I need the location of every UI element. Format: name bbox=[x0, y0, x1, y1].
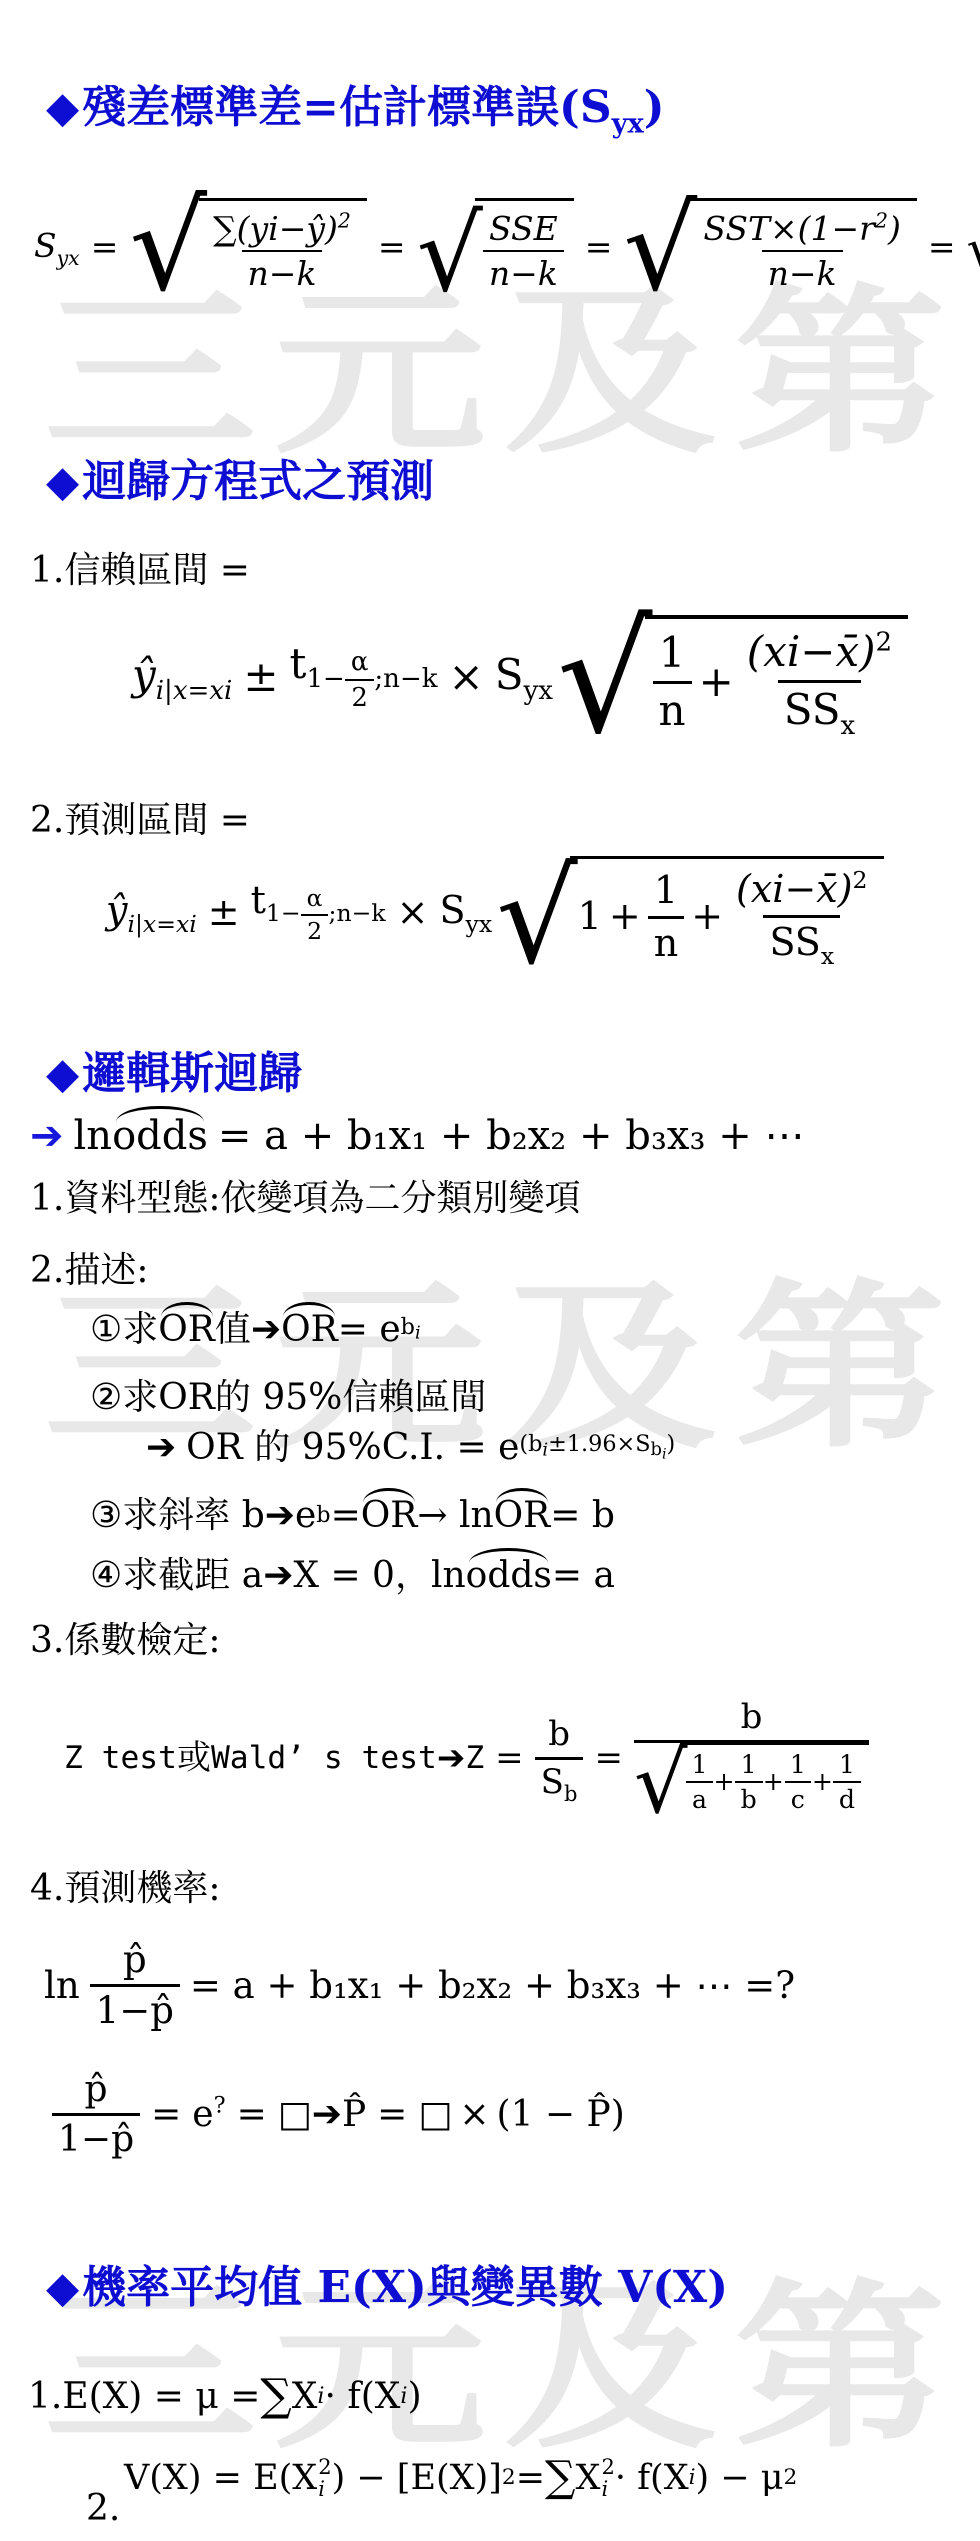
numerator: (xi−x̄)2 bbox=[741, 625, 898, 680]
heading-text: 機率平均值 E(X)與變異數 V(X) bbox=[82, 2262, 728, 2313]
section-heading-expectation-variance: ◆機率平均值 E(X)與變異數 V(X) bbox=[46, 2260, 728, 2316]
denominator: 2 bbox=[345, 679, 374, 716]
math-term-hat: OR bbox=[158, 1308, 215, 1351]
fraction: b√1a+1b+1c+1d bbox=[634, 1695, 869, 1822]
plus-sign: + bbox=[763, 1766, 784, 1797]
math-term: ;n−k bbox=[329, 899, 386, 927]
times-sign: × bbox=[397, 890, 429, 936]
arrow-right-icon: ➔ bbox=[30, 1112, 64, 1160]
denominator: 2 bbox=[301, 914, 328, 947]
math-symbol: t1−α2;n−k bbox=[290, 639, 438, 716]
fraction: 1b bbox=[735, 1748, 763, 1817]
formula-variance: V(X) = E(X2i) − [E(X)]2 = ∑X2i · f(Xi) −… bbox=[124, 2452, 797, 2503]
circled-one-icon: ① bbox=[90, 1308, 122, 1351]
denominator: 1−p̂ bbox=[52, 2113, 140, 2163]
list-item-intercept: ④求截距 a➔X = 0，lnodds = a bbox=[90, 1554, 615, 1597]
formula-confidence-interval: ŷi|x=xi ± t1−α2;n−k × Syx √1n+(xi−x̄)2SS… bbox=[132, 615, 908, 739]
math-superscript: 2 bbox=[502, 2467, 516, 2489]
list-number-label: 2. bbox=[86, 2486, 120, 2531]
math-term: ±1.96×S bbox=[548, 1431, 650, 1457]
math-term: t bbox=[251, 878, 266, 922]
math-term: ) bbox=[667, 1431, 676, 1457]
blank-box-icon: □ bbox=[418, 2093, 452, 2136]
circled-two-icon: ② bbox=[90, 1376, 122, 1419]
list-item-coefficient-test: 3.係數檢定: bbox=[30, 1618, 220, 1663]
fraction: ∑(yi−ŷ)2n−k bbox=[207, 207, 357, 296]
sqrt-expression: √1a+1b+1c+1d bbox=[634, 1743, 869, 1817]
math-symbol: e? bbox=[192, 2093, 225, 2136]
math-term: ∑(yi−ŷ) bbox=[213, 209, 338, 248]
math-subscript: yx bbox=[57, 245, 80, 269]
math-term: Z test bbox=[64, 1740, 177, 1778]
math-term: (xi−x̄) bbox=[736, 867, 853, 911]
denominator: d bbox=[833, 1781, 861, 1816]
numerator: p̂ bbox=[117, 1936, 153, 1984]
plus-minus-sign: ± bbox=[208, 890, 240, 936]
plus-sign: + bbox=[812, 1766, 833, 1797]
equals-sign: = bbox=[91, 227, 119, 267]
denominator: n−k bbox=[483, 250, 564, 295]
math-term: e bbox=[192, 2094, 213, 2135]
arrow-right-icon: ➔ bbox=[265, 1494, 295, 1537]
math-term: ) bbox=[408, 2375, 422, 2418]
list-item-description: 2.描述: bbox=[30, 1248, 148, 1293]
math-term: P̂ bbox=[342, 2093, 366, 2136]
denominator: c bbox=[785, 1781, 811, 1816]
diamond-bullet-icon: ◆ bbox=[46, 2263, 79, 2313]
list-item-data-type: 1.資料型態:依變項為二分類別變項 bbox=[30, 1176, 580, 1221]
math-subscript: i|x=xi bbox=[156, 676, 233, 706]
equals-sign: = bbox=[495, 1738, 524, 1779]
math-term-hat: odds bbox=[466, 1554, 552, 1597]
arrow-right-icon: ➔ bbox=[263, 1554, 293, 1597]
fraction: SSEn−k bbox=[483, 207, 564, 296]
numerator: 1 bbox=[648, 866, 684, 916]
equals-sign: = bbox=[151, 2093, 181, 2136]
math-term: t bbox=[290, 639, 307, 688]
plus-sign: + bbox=[691, 894, 723, 940]
fraction: 1a bbox=[686, 1748, 714, 1817]
math-subscript: i bbox=[689, 2467, 696, 2489]
list-item-slope: ③求斜率 b➔eb = OR → lnOR = b bbox=[90, 1494, 615, 1537]
fraction: (xi−x̄)2SSx bbox=[730, 865, 874, 969]
denominator: SSx bbox=[778, 680, 862, 740]
math-term: ln bbox=[74, 1112, 113, 1160]
equals-sign: = bbox=[237, 2093, 267, 2136]
math-term: (xi−x̄) bbox=[747, 627, 876, 676]
document-page: 三元及第 三元及第 三元及第 ◆殘差標準差=估計標準誤(Syx) Syx = √… bbox=[0, 0, 980, 2541]
numerator: 1 bbox=[653, 626, 692, 681]
math-superscript: 2 bbox=[784, 2467, 798, 2489]
sqrt-expression: √1n+(xi−x̄)2SSx bbox=[557, 615, 908, 739]
math-term: 1.E(X) = μ = bbox=[28, 2375, 260, 2418]
formula-logodds-model: ➔ lnodds = a + b₁x₁ + b₂x₂ + b₃x₃ + ⋯ bbox=[30, 1112, 804, 1160]
fraction: SST×(1−r2)n−k bbox=[697, 207, 906, 296]
numerator: p̂ bbox=[79, 2066, 114, 2113]
math-superscript: bi bbox=[401, 1316, 421, 1342]
radical-icon: √ bbox=[129, 198, 207, 296]
numerator: SSE bbox=[483, 207, 564, 250]
heading-text: ) bbox=[644, 82, 665, 133]
math-subscript: bi bbox=[651, 1439, 667, 1460]
denominator: b bbox=[735, 1781, 763, 1816]
math-symbol: ŷi|x=xi bbox=[132, 650, 232, 704]
math-subscript: i|x=xi bbox=[127, 910, 196, 938]
fraction: 1d bbox=[833, 1748, 861, 1817]
math-subscript: x bbox=[821, 941, 834, 969]
math-term: SS bbox=[769, 920, 820, 964]
sqrt-expression: √MSE bbox=[966, 224, 980, 270]
denominator: a bbox=[686, 1781, 713, 1816]
math-term-hat: OR bbox=[281, 1308, 338, 1351]
formula-or-ci: ➔OR 的 95%C.I. = e(bi±1.96×Sbi) bbox=[146, 1426, 675, 1469]
math-term: ŷ bbox=[106, 888, 127, 932]
math-superscript: 2 bbox=[318, 2456, 331, 2478]
math-term: → ln bbox=[417, 1494, 493, 1537]
heading-text: 邏輯斯迴歸 bbox=[82, 1048, 302, 1099]
formula-syx: Syx = √∑(yi−ŷ)2n−k = √SSEn−k = √SST×(1−r… bbox=[34, 198, 980, 296]
math-superscript: 2 bbox=[853, 866, 868, 894]
math-term: b bbox=[401, 1314, 415, 1340]
math-term: 1− bbox=[266, 899, 301, 927]
circled-three-icon: ③ bbox=[90, 1494, 122, 1537]
summation-icon: ∑ bbox=[260, 2370, 291, 2423]
equals-sign: = bbox=[594, 1738, 623, 1779]
math-subscript: i bbox=[400, 2385, 407, 2407]
math-symbol: t1−α2;n−k bbox=[251, 878, 386, 948]
denominator: 1−p̂ bbox=[90, 1984, 180, 2035]
math-term: = e bbox=[338, 1308, 401, 1351]
numerator: ∑(yi−ŷ)2 bbox=[207, 207, 357, 250]
math-term: 1− bbox=[306, 664, 344, 694]
numerator: (xi−x̄)2 bbox=[730, 865, 874, 915]
item-text: 值 bbox=[215, 1308, 251, 1351]
plus-sign: + bbox=[609, 894, 641, 940]
math-term-hat: OR bbox=[361, 1494, 418, 1537]
math-expression: = a + b₁x₁ + b₂x₂ + b₃x₃ + ⋯ =? bbox=[190, 1964, 795, 2008]
blank-box-icon: □ bbox=[278, 2093, 312, 2136]
times-sign: × bbox=[459, 2093, 489, 2136]
radical-icon: √ bbox=[496, 856, 578, 969]
math-symbol: Syx bbox=[495, 650, 553, 704]
equals-sign: = bbox=[378, 227, 406, 267]
sub-sup-stack: 2i bbox=[318, 2456, 331, 2500]
numerator: SST×(1−r2) bbox=[697, 207, 906, 250]
list-item-or-value: ①求OR值➔OR = ebi bbox=[90, 1308, 421, 1351]
arrow-right-icon: ➔ bbox=[437, 1738, 466, 1779]
formula-z-test: Z test 或 Wald’ s test ➔ Z = bSb = b√1a+1… bbox=[64, 1695, 869, 1822]
math-term: S bbox=[439, 888, 465, 932]
item-text: 或 bbox=[177, 1738, 211, 1779]
math-term-hat: odds bbox=[112, 1112, 208, 1160]
math-term: · f(X bbox=[615, 2457, 689, 2499]
math-subscript: i bbox=[317, 2385, 324, 2407]
heading-text: 迴歸方程式之預測 bbox=[82, 456, 434, 507]
math-subscript: i bbox=[318, 2478, 325, 2500]
math-subscript: 1−α2;n−k bbox=[306, 664, 437, 694]
numerator: α bbox=[345, 645, 375, 680]
plus-sign: + bbox=[699, 657, 734, 707]
formula-ln-odds-prediction: ln p̂1−p̂ = a + b₁x₁ + b₂x₂ + b₃x₃ + ⋯ =… bbox=[44, 1936, 795, 2036]
math-subscript: x bbox=[841, 710, 856, 740]
math-superscript: (bi±1.96×Sbi) bbox=[519, 1433, 675, 1462]
math-superscript: ? bbox=[214, 2093, 226, 2119]
diamond-bullet-icon: ◆ bbox=[46, 83, 79, 133]
denominator: n bbox=[653, 681, 692, 739]
plus-sign: + bbox=[714, 1766, 735, 1797]
radical-icon: √ bbox=[417, 198, 483, 296]
numerator: b bbox=[735, 1695, 769, 1740]
math-term: V(X) = E(X bbox=[124, 2457, 317, 2499]
heading-text: 殘差標準差=估計標準誤(S bbox=[82, 82, 611, 133]
formula-expected-value: 1.E(X) = μ = ∑Xi · f(Xi) bbox=[28, 2370, 422, 2423]
fraction: 1n bbox=[653, 626, 692, 738]
list-item-prediction-interval: 2.預測區間 = bbox=[30, 798, 250, 843]
math-symbol: Syx bbox=[34, 226, 80, 268]
equals-sign: = bbox=[377, 2093, 407, 2136]
radical-icon: √ bbox=[557, 615, 653, 739]
list-item-predicted-probability: 4.預測機率: bbox=[30, 1866, 220, 1911]
fraction: α2 bbox=[301, 883, 329, 948]
denominator: n−k bbox=[762, 250, 843, 295]
diamond-bullet-icon: ◆ bbox=[46, 1049, 79, 1099]
fraction: α2 bbox=[345, 645, 375, 716]
math-term: X = 0，ln bbox=[293, 1554, 465, 1597]
numerator: b bbox=[542, 1712, 576, 1757]
fraction: bSb bbox=[535, 1712, 584, 1805]
math-subscript: b bbox=[564, 1781, 578, 1806]
math-subscript: i bbox=[601, 2478, 608, 2500]
math-term: ln bbox=[44, 1964, 80, 2008]
math-superscript: b bbox=[316, 1504, 330, 1526]
radical-icon: √ bbox=[966, 224, 980, 270]
item-text: 求 bbox=[122, 1308, 158, 1351]
numerator: 1 bbox=[784, 1748, 812, 1781]
fraction: p̂1−p̂ bbox=[52, 2066, 140, 2163]
plus-minus-sign: ± bbox=[243, 652, 278, 702]
numerator: 1 bbox=[833, 1748, 861, 1781]
radical-icon: √ bbox=[623, 198, 697, 296]
denominator: Sb bbox=[535, 1757, 584, 1805]
math-term: = b bbox=[550, 1494, 615, 1537]
math-term: · f(X bbox=[325, 2375, 401, 2418]
equals-sign: = bbox=[928, 227, 956, 267]
arrow-right-icon: ➔ bbox=[146, 1426, 176, 1469]
numerator: 1 bbox=[686, 1748, 714, 1781]
math-term: ;n−k bbox=[374, 664, 437, 694]
math-term: Z bbox=[465, 1740, 484, 1778]
math-subscript: yx bbox=[466, 910, 493, 938]
fraction: p̂1−p̂ bbox=[90, 1936, 180, 2036]
denominator: √1a+1b+1c+1d bbox=[634, 1740, 869, 1823]
sqrt-expression: √∑(yi−ŷ)2n−k bbox=[129, 198, 367, 296]
summation-icon: ∑ bbox=[545, 2452, 575, 2503]
math-term: ŷ bbox=[132, 650, 156, 699]
item-text: 求OR的 95%信賴區間 bbox=[122, 1376, 486, 1419]
denominator: n−k bbox=[242, 250, 323, 295]
math-symbol: Syx bbox=[439, 888, 492, 937]
section-heading-regression-prediction: ◆迴歸方程式之預測 bbox=[46, 454, 434, 510]
denominator: SSx bbox=[763, 915, 840, 970]
math-term: = bbox=[331, 1494, 361, 1537]
equals-sign: = bbox=[585, 227, 613, 267]
math-term: S bbox=[34, 226, 57, 265]
math-expression: (1 − P̂) bbox=[497, 2093, 625, 2136]
math-symbol: ŷi|x=xi bbox=[106, 888, 197, 937]
section-heading-logistic-regression: ◆邏輯斯迴歸 bbox=[46, 1046, 302, 1102]
formula-probability-solve: p̂1−p̂ = e? = □ ➔ P̂ = □ × (1 − P̂) bbox=[52, 2066, 625, 2163]
math-term: S bbox=[495, 650, 524, 699]
math-term-hat: OR bbox=[494, 1494, 551, 1537]
math-superscript: 2 bbox=[875, 209, 888, 233]
diamond-bullet-icon: ◆ bbox=[46, 457, 79, 507]
math-term: ) bbox=[888, 209, 901, 248]
math-term: b bbox=[651, 1439, 662, 1460]
math-term: 1 bbox=[578, 894, 602, 940]
sqrt-expression: √SST×(1−r2)n−k bbox=[623, 198, 916, 296]
math-term: X bbox=[576, 2457, 601, 2499]
math-superscript: 2 bbox=[876, 627, 893, 657]
math-term: SST×(1−r bbox=[703, 209, 875, 248]
item-text: 求斜率 b bbox=[122, 1494, 265, 1537]
list-item-or-ci: ②求OR的 95%信賴區間 bbox=[90, 1376, 486, 1419]
math-term: S bbox=[541, 1762, 564, 1802]
heading-subscript: yx bbox=[612, 107, 644, 139]
math-term: ) − μ bbox=[696, 2457, 784, 2499]
math-term: OR 的 95%C.I. = e bbox=[186, 1426, 519, 1469]
math-subscript: 1−α2;n−k bbox=[266, 899, 386, 927]
math-term: SS bbox=[784, 685, 841, 734]
math-term: ) − [E(X)] bbox=[332, 2457, 502, 2499]
fraction: 1n bbox=[648, 866, 684, 968]
formula-prediction-interval: ŷi|x=xi ± t1−α2;n−k × Syx √1+1n+(xi−x̄)2… bbox=[106, 856, 884, 969]
math-expression: = a + b₁x₁ + b₂x₂ + b₃x₃ + ⋯ bbox=[218, 1112, 805, 1160]
math-term: X bbox=[292, 2375, 318, 2418]
math-term: e bbox=[295, 1494, 316, 1537]
numerator: α bbox=[301, 883, 329, 914]
sqrt-expression: √1+1n+(xi−x̄)2SSx bbox=[496, 856, 883, 969]
arrow-right-icon: ➔ bbox=[312, 2093, 342, 2136]
math-superscript: 2 bbox=[338, 209, 351, 233]
item-text: 求截距 a bbox=[122, 1554, 263, 1597]
math-term: Wald’ s test bbox=[211, 1740, 437, 1778]
math-term: = a bbox=[552, 1554, 615, 1597]
fraction: 1c bbox=[784, 1748, 812, 1817]
times-sign: × bbox=[449, 652, 484, 702]
fraction: (xi−x̄)2SSx bbox=[741, 625, 898, 739]
math-term: (b bbox=[519, 1431, 542, 1457]
arrow-right-icon: ➔ bbox=[251, 1308, 281, 1351]
list-item-confidence-interval: 1.信賴區間 = bbox=[30, 548, 250, 593]
math-superscript: 2 bbox=[601, 2456, 614, 2478]
math-term: = bbox=[516, 2457, 545, 2499]
section-heading-residual-std-error: ◆殘差標準差=估計標準誤(Syx) bbox=[46, 80, 665, 138]
sqrt-expression: √SSEn−k bbox=[417, 198, 574, 296]
math-subscript: i bbox=[415, 1323, 421, 1344]
denominator: n bbox=[648, 916, 684, 969]
math-subscript: yx bbox=[524, 676, 553, 706]
circled-four-icon: ④ bbox=[90, 1554, 122, 1597]
numerator: 1 bbox=[735, 1748, 763, 1781]
sub-sup-stack: 2i bbox=[601, 2456, 614, 2500]
